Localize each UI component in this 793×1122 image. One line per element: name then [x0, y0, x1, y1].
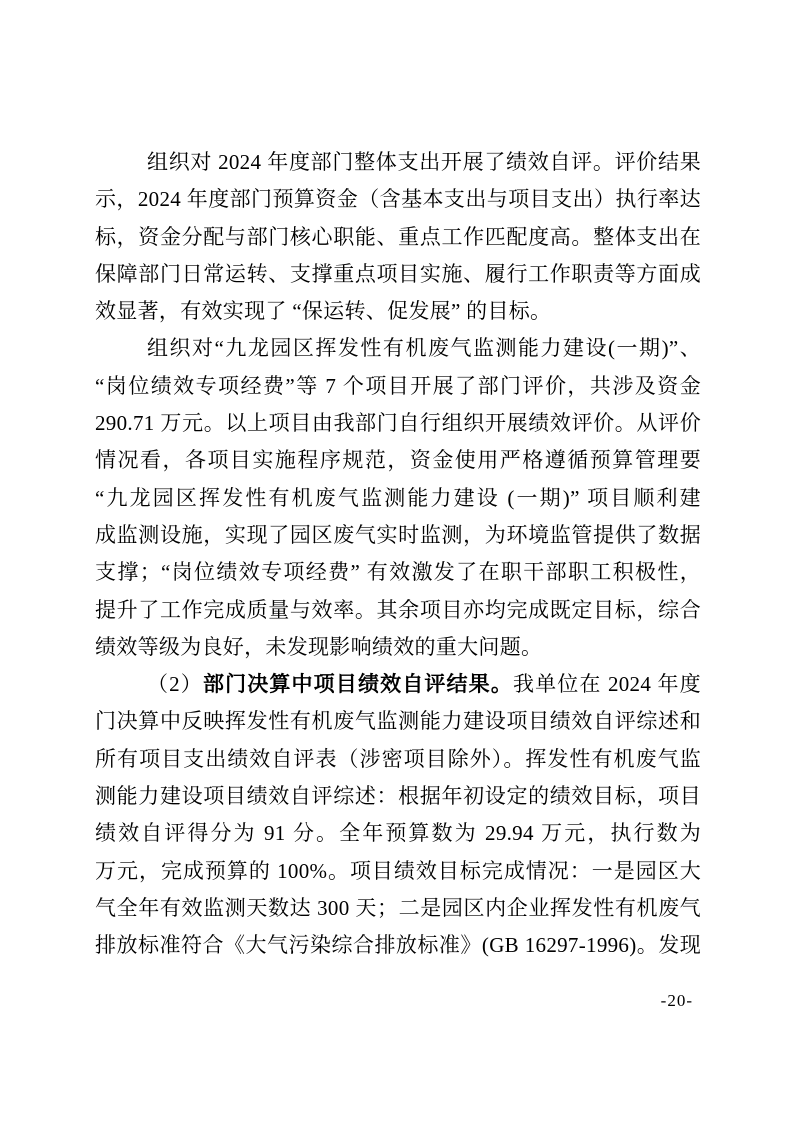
text-line: 成监测设施，实现了园区废气实时监测，为环境监管提供了数据	[95, 517, 701, 554]
paragraph: 组织对 2024 年度部门整体支出开展了绩效自评。评价结果显示，2024 年度部…	[95, 144, 701, 330]
document-page: 组织对 2024 年度部门整体支出开展了绩效自评。评价结果显示，2024 年度部…	[0, 0, 793, 1122]
text-segment: 支撑；“岗位绩效专项经费” 有效激发了在职干部职工积极性，	[95, 560, 701, 584]
text-line: 门决算中反映挥发性有机废气监测能力建设项目绩效自评综述和	[95, 703, 701, 740]
bold-text-segment: 部门决算中项目绩效自评结果。	[203, 672, 513, 696]
text-line: （2）部门决算中项目绩效自评结果。我单位在 2024 年度部	[95, 666, 701, 703]
text-line: 气全年有效监测天数达 300 天；二是园区内企业挥发性有机废气	[95, 890, 701, 927]
text-segment: 保障部门日常运转、支撑重点项目实施、履行工作职责等方面成	[95, 262, 701, 286]
text-segment: 所有项目支出绩效自评表（涉密项目除外）。挥发性有机废气监	[95, 747, 701, 771]
text-segment: 示，2024 年度部门预算资金（含基本支出与项目支出）执行率达	[95, 187, 701, 211]
text-segment: 绩效自评得分为 91 分。全年预算数为 29.94 万元，执行数为 29.94	[95, 821, 701, 852]
text-segment: 情况看，各项目实施程序规范，资金使用严格遵循预算管理要求：	[95, 448, 701, 479]
text-line: 测能力建设项目绩效自评综述：根据年初设定的绩效目标，项目	[95, 778, 701, 815]
page-number: -20-	[661, 991, 693, 1011]
text-line: 绩效等级为良好，未发现影响绩效的重大问题。	[95, 629, 701, 666]
text-segment: 门决算中反映挥发性有机废气监测能力建设项目绩效自评综述和	[95, 709, 701, 733]
text-line: 情况看，各项目实施程序规范，资金使用严格遵循预算管理要求：	[95, 442, 701, 479]
paragraph: （2）部门决算中项目绩效自评结果。我单位在 2024 年度部门决算中反映挥发性有…	[95, 666, 701, 964]
text-line: 效显著，有效实现了 “保运转、促发展” 的目标。	[95, 293, 701, 330]
text-line: 示，2024 年度部门预算资金（含基本支出与项目支出）执行率达	[95, 181, 701, 218]
text-line: “九龙园区挥发性有机废气监测能力建设 (一期)” 项目顺利建	[95, 480, 701, 517]
text-segment: 绩效等级为良好，未发现影响绩效的重大问题。	[95, 635, 542, 659]
text-line: 排放标准符合《大气污染综合排放标准》(GB 16297-1996)。发现	[95, 927, 701, 964]
text-line: 绩效自评得分为 91 分。全年预算数为 29.94 万元，执行数为 29.94	[95, 815, 701, 852]
text-segment: “九龙园区挥发性有机废气监测能力建设 (一期)” 项目顺利建	[95, 486, 701, 510]
text-segment: 成监测设施，实现了园区废气实时监测，为环境监管提供了数据	[95, 523, 701, 547]
paragraph: 组织对“九龙园区挥发性有机废气监测能力建设(一期)”、“岗位绩效专项经费”等 7…	[95, 330, 701, 666]
text-segment: 测能力建设项目绩效自评综述：根据年初设定的绩效目标，项目	[95, 784, 701, 808]
text-segment: 排放标准符合《大气污染综合排放标准》(GB 16297-1996)。发现	[95, 933, 701, 957]
text-line: 提升了工作完成质量与效率。其余项目亦均完成既定目标，综合	[95, 592, 701, 629]
text-segment: “岗位绩效专项经费”等 7 个项目开展了部门评价，共涉及资金	[95, 374, 701, 398]
text-segment: 组织对“九龙园区挥发性有机废气监测能力建设(一期)”、	[147, 336, 701, 360]
text-segment: 290.71 万元。以上项目由我部门自行组织开展绩效评价。从评价	[95, 411, 701, 435]
text-segment: 效显著，有效实现了 “保运转、促发展” 的目标。	[95, 299, 551, 323]
text-line: “岗位绩效专项经费”等 7 个项目开展了部门评价，共涉及资金	[95, 368, 701, 405]
text-segment: 组织对 2024 年度部门整体支出开展了绩效自评。评价结果显	[95, 150, 701, 181]
text-line: 组织对“九龙园区挥发性有机废气监测能力建设(一期)”、	[95, 330, 701, 367]
document-body: 组织对 2024 年度部门整体支出开展了绩效自评。评价结果显示，2024 年度部…	[95, 144, 701, 965]
text-segment: 提升了工作完成质量与效率。其余项目亦均完成既定目标，综合	[95, 598, 701, 622]
text-line: 标，资金分配与部门核心职能、重点工作匹配度高。整体支出在	[95, 219, 701, 256]
text-line: 290.71 万元。以上项目由我部门自行组织开展绩效评价。从评价	[95, 405, 701, 442]
text-segment: 标，资金分配与部门核心职能、重点工作匹配度高。整体支出在	[95, 225, 701, 249]
text-line: 保障部门日常运转、支撑重点项目实施、履行工作职责等方面成	[95, 256, 701, 293]
text-segment: 万元，完成预算的 100%。项目绩效目标完成情况：一是园区大	[95, 859, 701, 883]
text-segment: 气全年有效监测天数达 300 天；二是园区内企业挥发性有机废气	[95, 896, 701, 920]
text-line: 支撑；“岗位绩效专项经费” 有效激发了在职干部职工积极性，	[95, 554, 701, 591]
text-line: 万元，完成预算的 100%。项目绩效目标完成情况：一是园区大	[95, 853, 701, 890]
text-line: 所有项目支出绩效自评表（涉密项目除外）。挥发性有机废气监	[95, 741, 701, 778]
text-line: 组织对 2024 年度部门整体支出开展了绩效自评。评价结果显	[95, 144, 701, 181]
text-segment: （2）	[147, 672, 203, 696]
